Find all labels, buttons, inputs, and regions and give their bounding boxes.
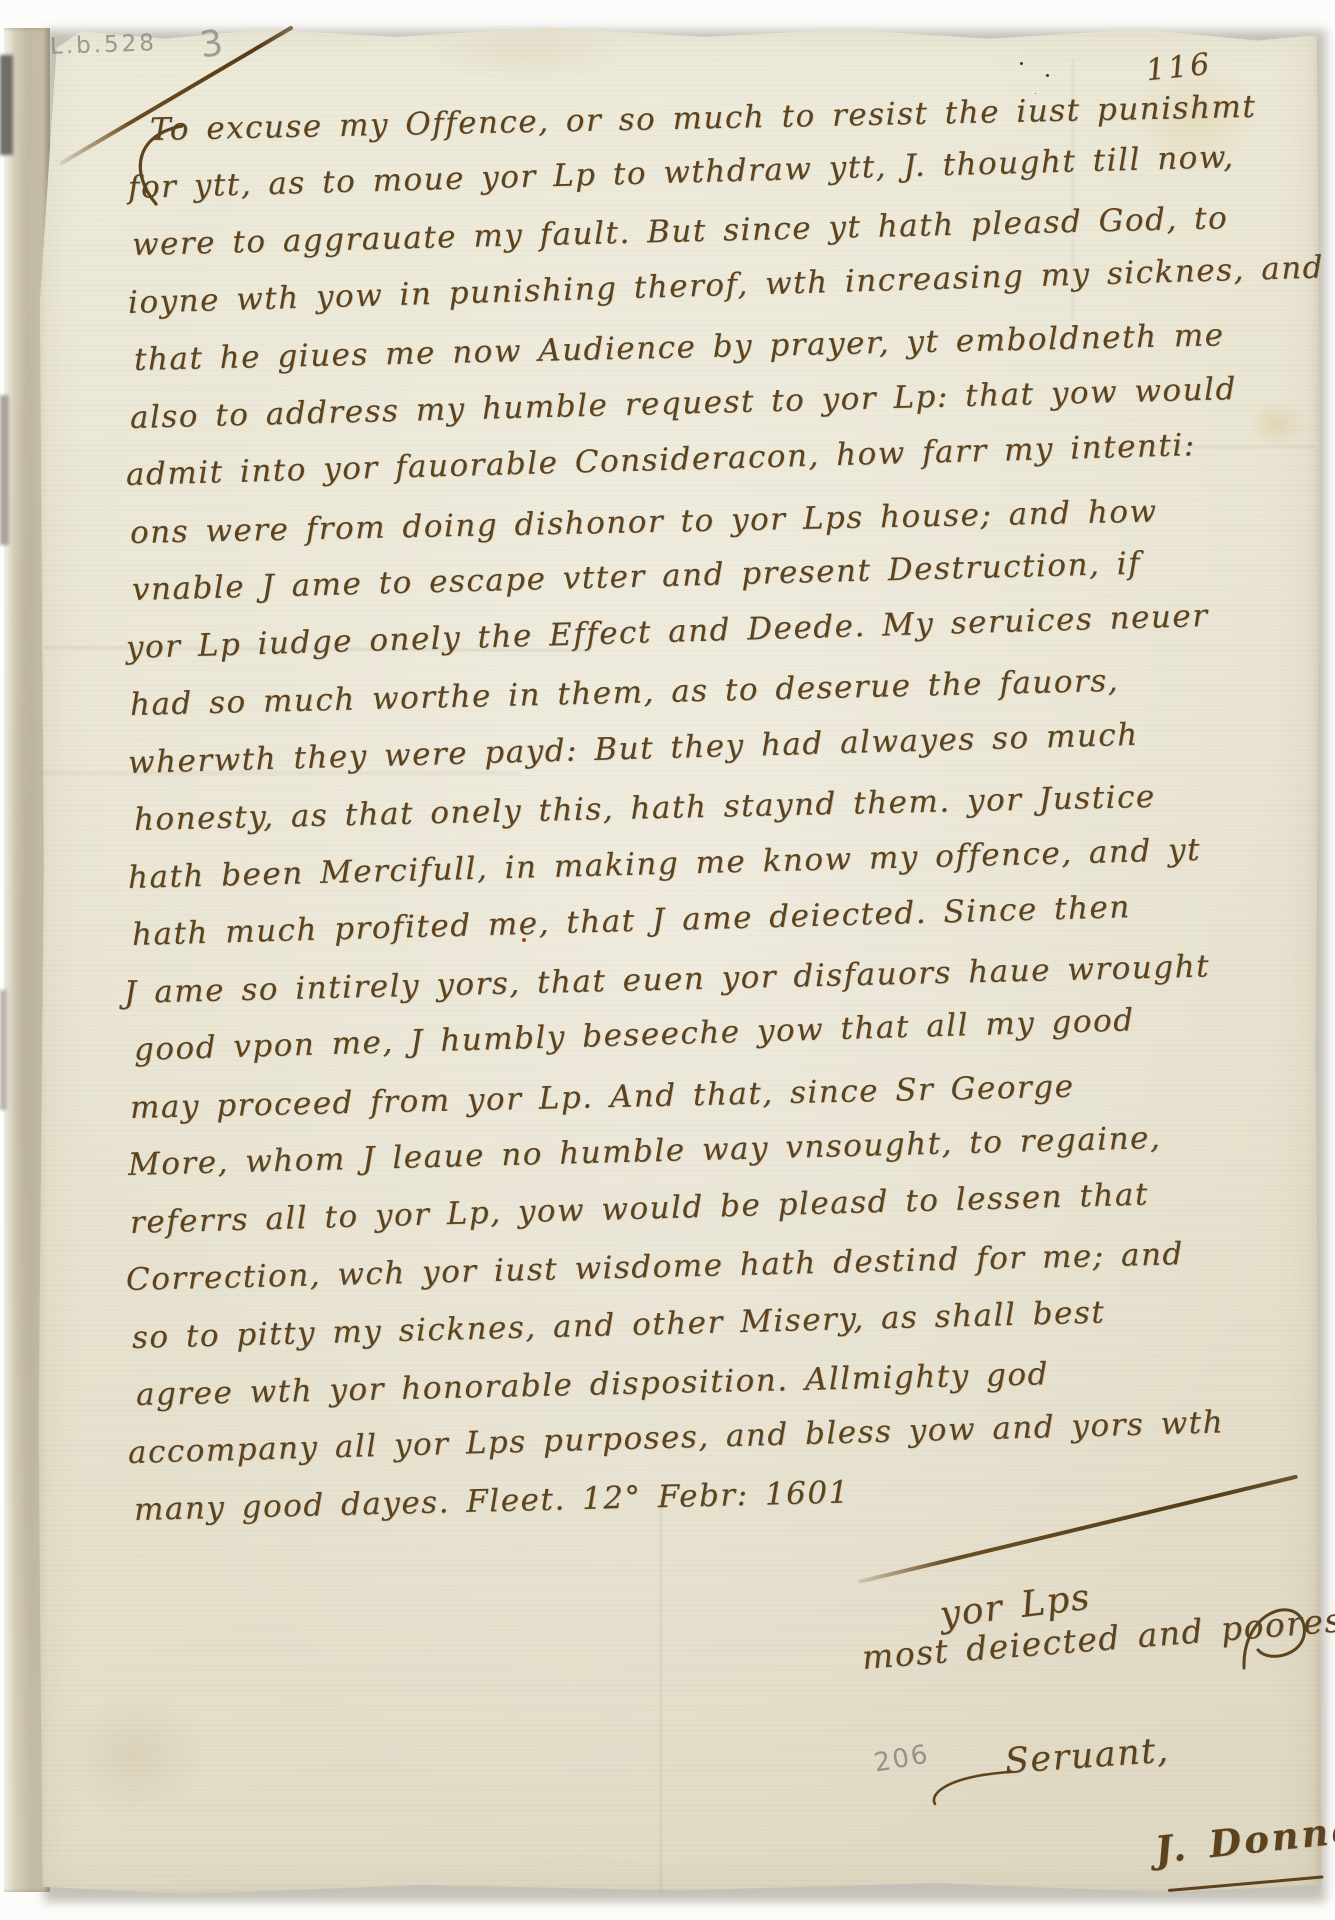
closing-flourish-stroke <box>858 1475 1298 1584</box>
ink-specks <box>1020 62 1023 65</box>
letter-line-20: referrs all to yor Lp, yow would be plea… <box>129 1177 1149 1241</box>
letter-line-21: Correction, wch yor iust wisdome hath de… <box>126 1236 1185 1298</box>
letter-line-8: ons were from doing dishonor to yor Lps … <box>130 493 1158 551</box>
manuscript-text-layer: L.b.528 3 116 To excuse my Offence, or s… <box>0 0 1335 1920</box>
letter-line-16: J ame so intirely yors, that euen yor di… <box>124 948 1211 1011</box>
letter-line-11: had so much worthe in them, as to deseru… <box>130 663 1120 723</box>
letter-line-19: More, whom J leaue no humble way vnsough… <box>128 1120 1162 1183</box>
letter-line-14: hath been Mercifull, in making me know m… <box>128 832 1202 896</box>
letter-line-4: ioyne wth yow in punishing therof, wth i… <box>127 250 1324 321</box>
letter-line-12: wherwth they were payd: But they had alw… <box>127 717 1139 781</box>
letter-line-17: good vpon me, J humbly beseeche yow that… <box>133 1002 1135 1068</box>
letter-line-24: accompany all yor Lps purposes, and bles… <box>127 1404 1224 1471</box>
valediction-flourish-loop <box>1240 1592 1312 1674</box>
letter-line-2: for ytt, as to moue yor Lp to wthdraw yt… <box>127 139 1235 206</box>
letter-line-25: many good dayes. Fleet. 12° Febr: 1601 <box>134 1475 851 1528</box>
scanned-letter-page: L.b.528 3 116 To excuse my Offence, or s… <box>0 0 1335 1920</box>
servant-leading-swash <box>925 1768 1015 1808</box>
letter-line-1: To excuse my Offence, or so much to resi… <box>150 89 1257 148</box>
letter-line-13: honesty, as that onely this, hath staynd… <box>134 779 1156 838</box>
letter-line-22: so to pitty my sicknes, and other Misery… <box>132 1295 1106 1356</box>
signature-john-donne: J. Donne <box>1153 1807 1335 1872</box>
folio-number-ink: 116 <box>1144 47 1214 89</box>
letter-line-5: that he giues me now Audience by prayer,… <box>134 317 1225 378</box>
letter-line-3: were to aggrauate my fault. But since yt… <box>132 200 1229 263</box>
letter-line-9: vnable J ame to escape vtter and present… <box>132 546 1142 608</box>
page-number-pencil-annotation: 3 <box>197 23 225 67</box>
valediction-servant: Seruant, <box>1004 1731 1171 1782</box>
shelfmark-pencil-annotation: L.b.528 <box>50 30 158 60</box>
letter-line-23: agree wth yor honorable disposition. All… <box>136 1356 1050 1413</box>
catalog-number-pencil-annotation: 206 <box>872 1739 932 1778</box>
letter-line-10: yor Lp iudge onely the Effect and Deede.… <box>125 598 1209 666</box>
letter-line-6: also to address my humble request to yor… <box>130 371 1238 436</box>
letter-line-15: hath much profited me, that J ame deiect… <box>131 889 1131 953</box>
signature-underline-flourish <box>1168 1875 1324 1892</box>
letter-line-7: admit into yor fauorable Consideracon, h… <box>125 427 1196 493</box>
letter-line-18: may proceed from yor Lp. And that, since… <box>130 1069 1075 1126</box>
